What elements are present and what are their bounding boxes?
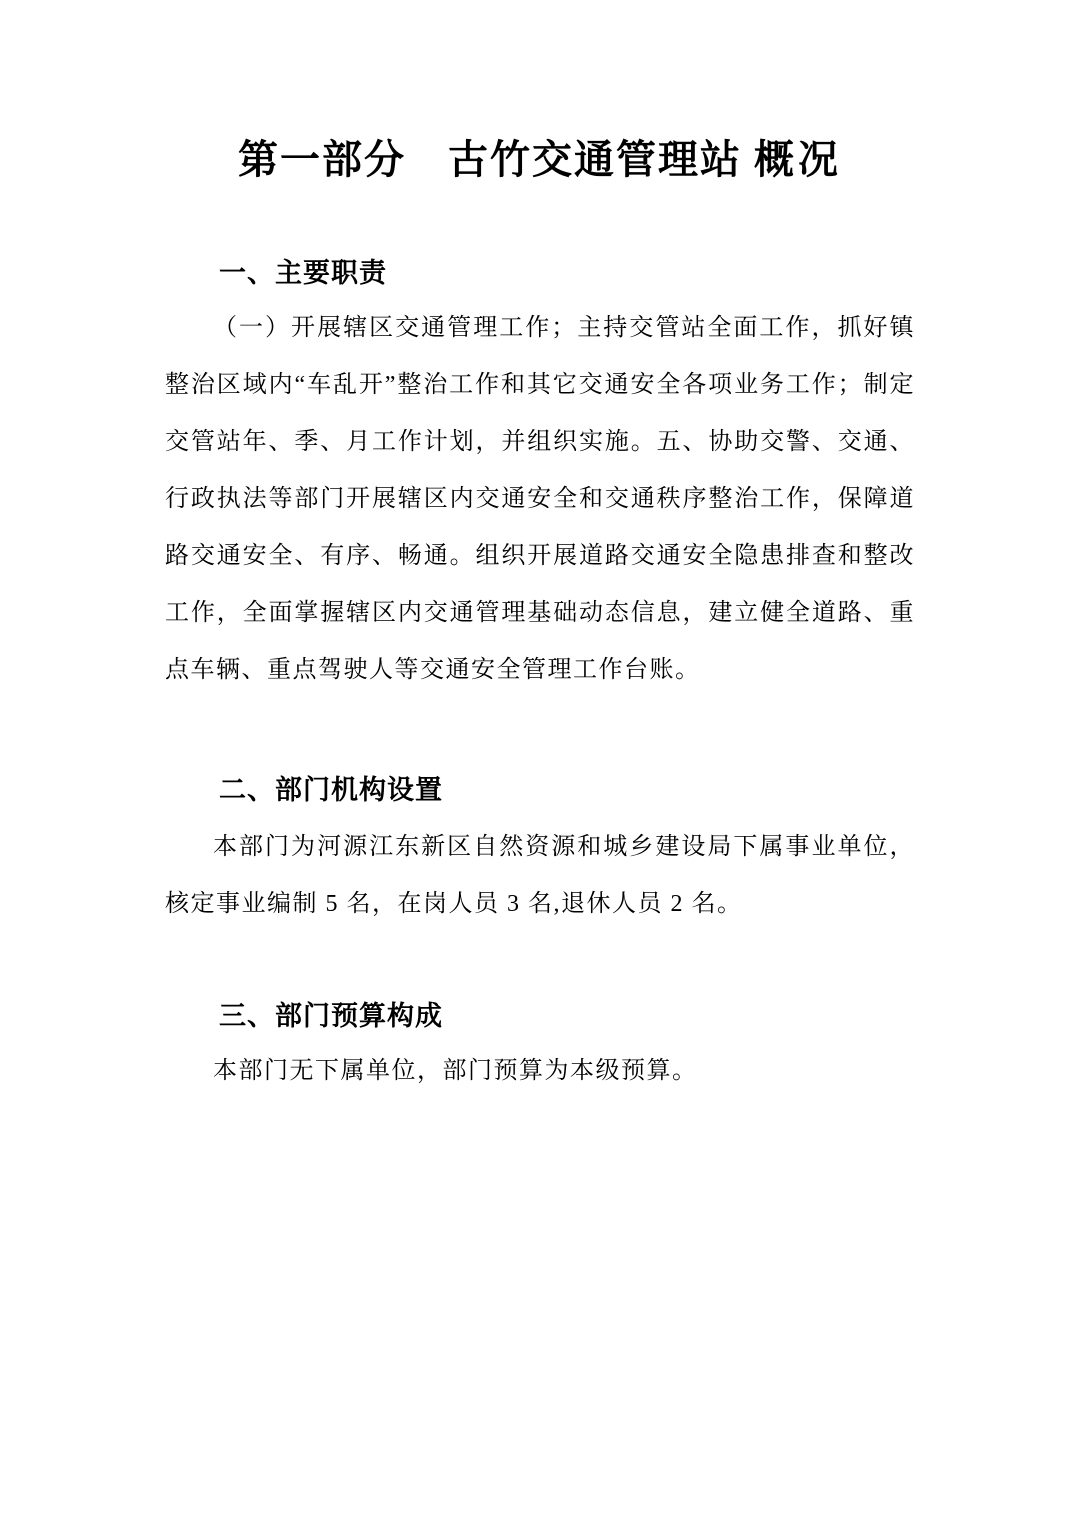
section-heading-org-structure: 二、部门机构设置 [165, 775, 915, 805]
section-org-structure: 二、部门机构设置 本部门为河源江东新区自然资源和城乡建设局下属事业单位，核定事业… [165, 775, 915, 933]
section-budget-composition: 三、部门预算构成 本部门无下属单位，部门预算为本级预算。 [165, 1001, 915, 1100]
section-main-duties: 一、主要职责 （一）开展辖区交通管理工作；主持交管站全面工作，抓好镇整治区域内“… [165, 258, 915, 699]
paragraph-budget-composition: 本部门无下属单位，部门预算为本级预算。 [165, 1043, 915, 1100]
document-title-main: 第一部分 古竹交通管理站 [238, 138, 742, 182]
section-heading-budget-composition: 三、部门预算构成 [165, 1001, 915, 1031]
document-title-suffix: 概况 [754, 137, 842, 182]
document-page: 第一部分 古竹交通管理站概况 一、主要职责 （一）开展辖区交通管理工作；主持交管… [0, 0, 1080, 1527]
paragraph-main-duties: （一）开展辖区交通管理工作；主持交管站全面工作，抓好镇整治区域内“车乱开”整治工… [165, 300, 915, 699]
paragraph-org-structure: 本部门为河源江东新区自然资源和城乡建设局下属事业单位，核定事业编制 5 名，在岗… [165, 819, 915, 933]
document-title: 第一部分 古竹交通管理站概况 [165, 132, 915, 188]
section-heading-main-duties: 一、主要职责 [165, 258, 915, 288]
